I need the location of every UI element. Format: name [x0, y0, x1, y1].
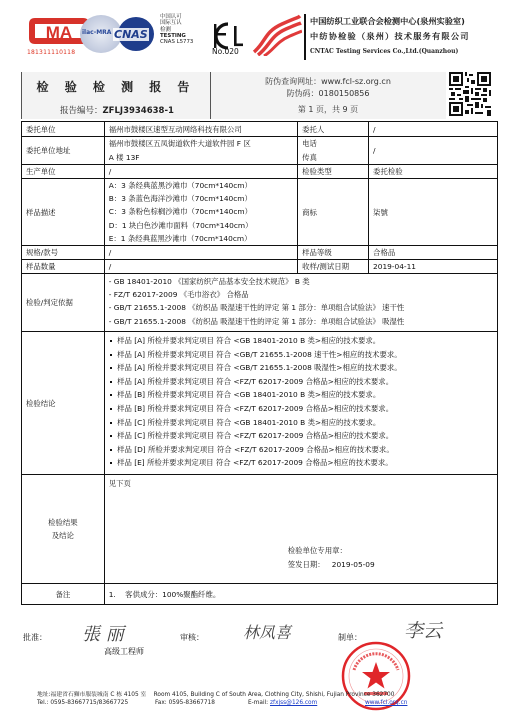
cntac-wave-logo: [252, 14, 302, 56]
list-item: A：3 条经典蓝黑沙滩巾（70cm*140cm）: [109, 179, 293, 192]
address-value: 福州市鼓楼区五凤街道软件大道软件园 F 区 A 楼 13F: [104, 137, 297, 165]
inspection-type-value: 委托检验: [369, 165, 498, 179]
footer-fax: Fax: 0595-83667718: [155, 700, 215, 706]
remark-value: 1. 客供成分：100%聚酯纤维。: [104, 584, 497, 605]
cnas-caption: 中国认可 国际互认 检测 TESTING CNAS L5773: [160, 14, 193, 45]
table-row: 委托单位地址 福州市鼓楼区五凤街道软件大道软件园 F 区 A 楼 13F 电话 …: [22, 137, 498, 165]
list-item: 样品 [C] 所检并要求判定项目 符合 <GB 18401-2010 B 类>相…: [109, 416, 493, 430]
org-name-english: CNTAC Testing Services Co.,Ltd.(Quanzhou…: [310, 48, 458, 55]
email-link[interactable]: zfxjss@126.com: [270, 700, 317, 706]
list-item: E：1 条经典蓝黑沙滩巾（70cm*140cm）: [109, 232, 293, 245]
principal-label: 委托人: [298, 122, 369, 137]
list-item: 样品 [D] 所检并要求判定项目 符合 <FZ/T 62017-2009 合格品…: [109, 443, 493, 457]
org-divider: [304, 14, 306, 60]
website-link[interactable]: www.fcl.org.cn: [365, 700, 407, 706]
result-label: 检验结果 及结论: [22, 475, 105, 584]
anti-fake-url[interactable]: www.fcl-sz.org.cn: [321, 77, 391, 86]
seal-label: 检验单位专用章：: [288, 544, 347, 557]
anti-fake-code: 0180150856: [319, 89, 370, 98]
grade-label: 样品等级: [298, 246, 369, 260]
address-label: 委托单位地址: [22, 137, 105, 165]
footer-tel: Tel.: 0595-83667715/83667725: [37, 700, 128, 706]
trademark-value: 柒號: [369, 179, 498, 246]
table-row: 样品描述 A：3 条经典蓝黑沙滩巾（70cm*140cm） B：3 条蓝色海洋沙…: [22, 179, 498, 246]
list-item: 样品 [A] 所检并要求判定项目 符合 <GB/T 21655.1-2008 吸…: [109, 361, 493, 375]
report-table: 委托单位 福州市鼓楼区速型互动网络科技有限公司 委托人 / 委托单位地址 福州市…: [21, 121, 498, 605]
table-row: 样品数量 / 收样/测试日期 2019-04-11: [22, 260, 498, 274]
list-item: B：3 条蓝色海洋沙滩巾（70cm*140cm）: [109, 192, 293, 205]
spec-value: /: [104, 246, 297, 260]
sample-desc-label: 样品描述: [22, 179, 105, 246]
cnas-text: CNAS: [113, 28, 149, 41]
manufacturer-value: /: [104, 165, 297, 179]
ilac-mra-text: ilac-MRA: [82, 29, 111, 36]
table-row: 检验结果 及结论 见下页 检验单位专用章： 签发日期： 2019-05-09: [22, 475, 498, 584]
trademark-label: 商标: [298, 179, 369, 246]
cma-number: 181311110118: [27, 49, 75, 56]
list-item: 样品 [B] 所检并要求判定项目 符合 <GB 18401-2010 B 类>相…: [109, 388, 493, 402]
phone-fax-value: /: [369, 137, 498, 165]
org-name-line2: 中纺协检验（泉州）技术服务有限公司: [310, 31, 470, 42]
spec-label: 规格/款号: [22, 246, 105, 260]
quantity-label: 样品数量: [22, 260, 105, 274]
result-text: 见下页: [109, 477, 131, 490]
qr-code-icon[interactable]: [449, 72, 491, 116]
org-name-line1: 中国纺织工业联合会检测中心(泉州实验室): [310, 16, 465, 27]
client-value: 福州市鼓楼区速型互动网络科技有限公司: [104, 122, 297, 137]
fcl-number: No.020: [212, 47, 239, 56]
svg-text:MA: MA: [46, 23, 72, 42]
list-item: 样品 [A] 所检并要求判定项目 符合 <GB/T 21655.1-2008 速…: [109, 348, 493, 362]
table-row: 检验/判定依据 - GB 18401-2010 《国家纺织产品基本安全技术规范》…: [22, 274, 498, 332]
list-item: - FZ/T 62017-2009 《毛巾浴衣》 合格品: [109, 288, 493, 301]
list-item: 样品 [E] 所检并要求判定项目 符合 <FZ/T 62017-2009 合格品…: [109, 456, 493, 470]
report-title: 检 验 检 测 报 告: [21, 78, 211, 95]
date-label: 收样/测试日期: [298, 260, 369, 274]
list-item: - GB/T 21655.1-2008 《纺织品 吸湿速干性的评定 第 1 部分…: [109, 315, 493, 328]
prepare-signature: 李云: [404, 616, 442, 643]
review-label: 审核：: [180, 632, 204, 643]
grade-value: 合格品: [369, 246, 498, 260]
sample-desc-value: A：3 条经典蓝黑沙滩巾（70cm*140cm） B：3 条蓝色海洋沙滩巾（70…: [104, 179, 297, 246]
conclusion-label: 检验结论: [22, 332, 105, 475]
review-signature: 林凤喜: [243, 620, 291, 643]
result-value: 见下页 检验单位专用章： 签发日期： 2019-05-09: [104, 475, 497, 584]
issue-date: 签发日期： 2019-05-09: [288, 558, 375, 571]
table-row: 备注 1. 客供成分：100%聚酯纤维。: [22, 584, 498, 605]
list-item: 样品 [B] 所检并要求判定项目 符合 <FZ/T 62017-2009 合格品…: [109, 402, 493, 416]
report-number: 报告编号：ZFLJ3934638-1: [60, 104, 174, 116]
inspection-type-label: 检验类型: [298, 165, 369, 179]
list-item: - GB/T 21655.1-2008 《纺织品 吸湿速干性的评定 第 1 部分…: [109, 301, 493, 314]
approve-label: 批准：: [23, 632, 47, 643]
list-item: 样品 [A] 所检并要求判定项目 符合 <GB 18401-2010 B 类>相…: [109, 334, 493, 348]
table-row: 委托单位 福州市鼓楼区速型互动网络科技有限公司 委托人 /: [22, 122, 498, 137]
table-row: 检验结论 样品 [A] 所检并要求判定项目 符合 <GB 18401-2010 …: [22, 332, 498, 475]
basis-label: 检验/判定依据: [22, 274, 105, 332]
date-value: 2019-04-11: [369, 260, 498, 274]
list-item: D：1 块白色沙滩巾面料（70cm*140cm）: [109, 219, 293, 232]
list-item: - GB 18401-2010 《国家纺织产品基本安全技术规范》 B 类: [109, 275, 493, 288]
list-item: 样品 [C] 所检并要求判定项目 符合 <FZ/T 62017-2009 合格品…: [109, 429, 493, 443]
table-row: 生产单位 / 检验类型 委托检验: [22, 165, 498, 179]
list-item: C：3 条粉色棕榈沙滩巾（70cm*140cm）: [109, 205, 293, 218]
footer-address: 地址:福建省石狮市服装城南 C 栋 4105 室 Room 4105, Buil…: [37, 689, 394, 698]
list-item: 样品 [A] 所检并要求判定项目 符合 <FZ/T 62017-2009 合格品…: [109, 375, 493, 389]
footer-contact: Tel.: 0595-83667715/83667725 Fax: 0595-8…: [37, 700, 128, 706]
conclusion-value: 样品 [A] 所检并要求判定项目 符合 <GB 18401-2010 B 类>相…: [104, 332, 497, 475]
page-info: 第 1 页，共 9 页: [211, 104, 445, 115]
client-label: 委托单位: [22, 122, 105, 137]
approve-signature: 張 丽: [82, 620, 124, 646]
phone-fax-label: 电话 传真: [298, 137, 369, 165]
basis-value: - GB 18401-2010 《国家纺织产品基本安全技术规范》 B 类 - F…: [104, 274, 497, 332]
remark-label: 备注: [22, 584, 105, 605]
approve-title: 高级工程师: [104, 646, 144, 657]
table-row: 规格/款号 / 样品等级 合格品: [22, 246, 498, 260]
manufacturer-label: 生产单位: [22, 165, 105, 179]
principal-value: /: [369, 122, 498, 137]
footer-email: E-mail: zfxjss@126.com: [248, 700, 317, 706]
anti-fake-info: 防伪查询网址：www.fcl-sz.org.cn 防伪码：0180150856: [211, 76, 445, 100]
quantity-value: /: [104, 260, 297, 274]
